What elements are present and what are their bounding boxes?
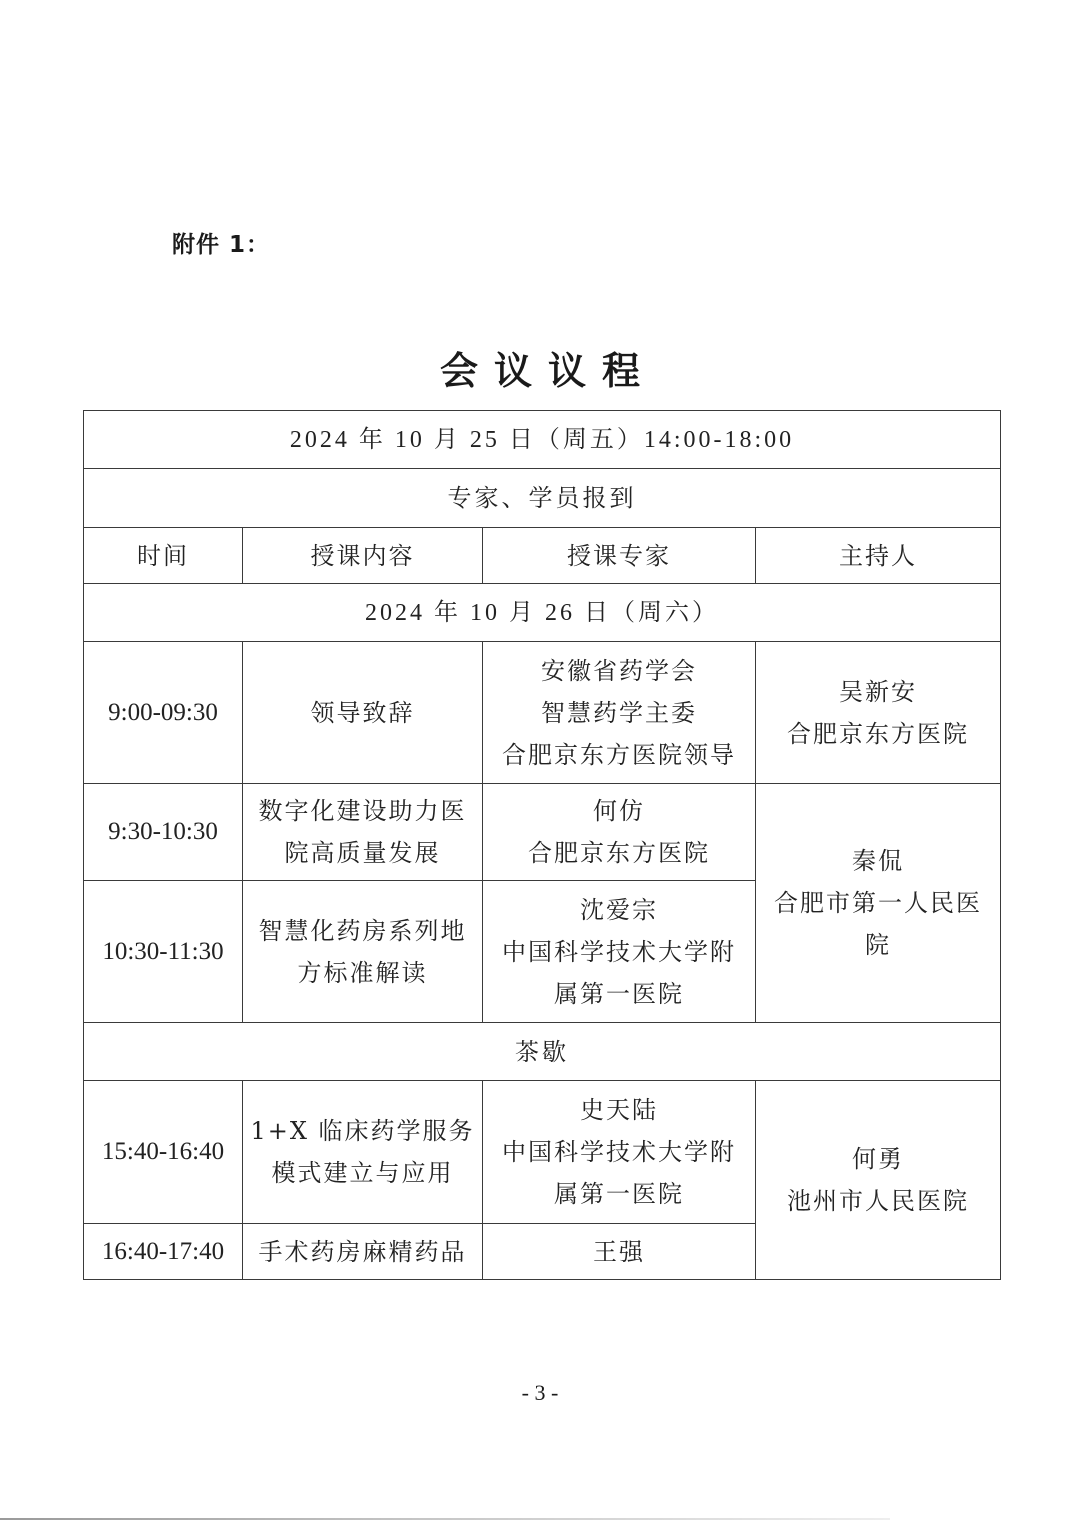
session-content-line: 院高质量发展 [247,832,478,874]
session-time: 16:40-17:40 [84,1224,243,1280]
session-expert: 沈爱宗 中国科学技术大学附 属第一医院 [483,881,756,1023]
session-row: 9:30-10:30 数字化建设助力医 院高质量发展 何仿 合肥京东方医院 秦侃… [84,784,1001,881]
session-host: 秦侃 合肥市第一人民医 院 [756,784,1001,1023]
expert-line: 中国科学技术大学附 [487,931,751,973]
session-time: 10:30-11:30 [84,881,243,1023]
expert-line: 属第一医院 [487,973,751,1015]
session-expert: 安徽省药学会 智慧药学主委 合肥京东方医院领导 [483,642,756,784]
page-title: 会议议程 [0,340,1080,395]
expert-line: 王强 [487,1231,751,1273]
session-expert: 何仿 合肥京东方医院 [483,784,756,881]
day2-date-row: 2024 年 10 月 26 日（周六） [84,584,1001,642]
host-line: 何勇 [760,1138,996,1180]
page-number: - 3 - [0,1380,1080,1406]
session-content-line: 手术药房麻精药品 [247,1231,478,1273]
break-row: 茶歇 [84,1023,1001,1081]
session-content: 1+X 临床药学服务 模式建立与应用 [243,1081,483,1224]
expert-line: 属第一医院 [487,1173,751,1215]
session-row: 15:40-16:40 1+X 临床药学服务 模式建立与应用 史天陆 中国科学技… [84,1081,1001,1224]
day1-activity: 专家、学员报到 [84,469,1001,528]
session-content-line: 模式建立与应用 [247,1152,478,1194]
host-line: 合肥京东方医院 [760,713,996,755]
header-host: 主持人 [756,528,1001,584]
header-content: 授课内容 [243,528,483,584]
day1-activity-row: 专家、学员报到 [84,469,1001,528]
day1-date: 2024 年 10 月 25 日（周五）14:00-18:00 [84,411,1001,469]
day1-date-row: 2024 年 10 月 25 日（周五）14:00-18:00 [84,411,1001,469]
expert-line: 合肥京东方医院 [487,832,751,874]
scan-edge-divider [0,1518,890,1520]
expert-line: 史天陆 [487,1089,751,1131]
header-time: 时间 [84,528,243,584]
session-expert: 王强 [483,1224,756,1280]
session-time: 9:30-10:30 [84,784,243,881]
session-content-line: 数字化建设助力医 [247,790,478,832]
agenda-table: 2024 年 10 月 25 日（周五）14:00-18:00 专家、学员报到 … [83,410,1001,1280]
header-row: 时间 授课内容 授课专家 主持人 [84,528,1001,584]
expert-line: 合肥京东方医院领导 [487,734,751,776]
header-expert: 授课专家 [483,528,756,584]
session-content: 手术药房麻精药品 [243,1224,483,1280]
day2-date: 2024 年 10 月 26 日（周六） [84,584,1001,642]
session-content-line: 智慧化药房系列地 [247,910,478,952]
host-line: 吴新安 [760,671,996,713]
tea-break: 茶歇 [84,1023,1001,1081]
session-time: 15:40-16:40 [84,1081,243,1224]
session-expert: 史天陆 中国科学技术大学附 属第一医院 [483,1081,756,1224]
session-content: 领导致辞 [243,642,483,784]
host-line: 院 [760,924,996,966]
host-line: 合肥市第一人民医 [760,882,996,924]
session-content: 智慧化药房系列地 方标准解读 [243,881,483,1023]
session-host: 何勇 池州市人民医院 [756,1081,1001,1280]
session-content-line: 方标准解读 [247,952,478,994]
session-content-line: 1+X 临床药学服务 [247,1110,478,1152]
attachment-label: 附件 1： [172,226,270,259]
session-row: 9:00-09:30 领导致辞 安徽省药学会 智慧药学主委 合肥京东方医院领导 … [84,642,1001,784]
host-line: 秦侃 [760,840,996,882]
expert-line: 智慧药学主委 [487,692,751,734]
session-content: 数字化建设助力医 院高质量发展 [243,784,483,881]
session-host: 吴新安 合肥京东方医院 [756,642,1001,784]
expert-line: 沈爱宗 [487,889,751,931]
session-time: 9:00-09:30 [84,642,243,784]
expert-line: 安徽省药学会 [487,650,751,692]
expert-line: 中国科学技术大学附 [487,1131,751,1173]
expert-line: 何仿 [487,790,751,832]
session-content-line: 领导致辞 [247,692,478,734]
host-line: 池州市人民医院 [760,1180,996,1222]
